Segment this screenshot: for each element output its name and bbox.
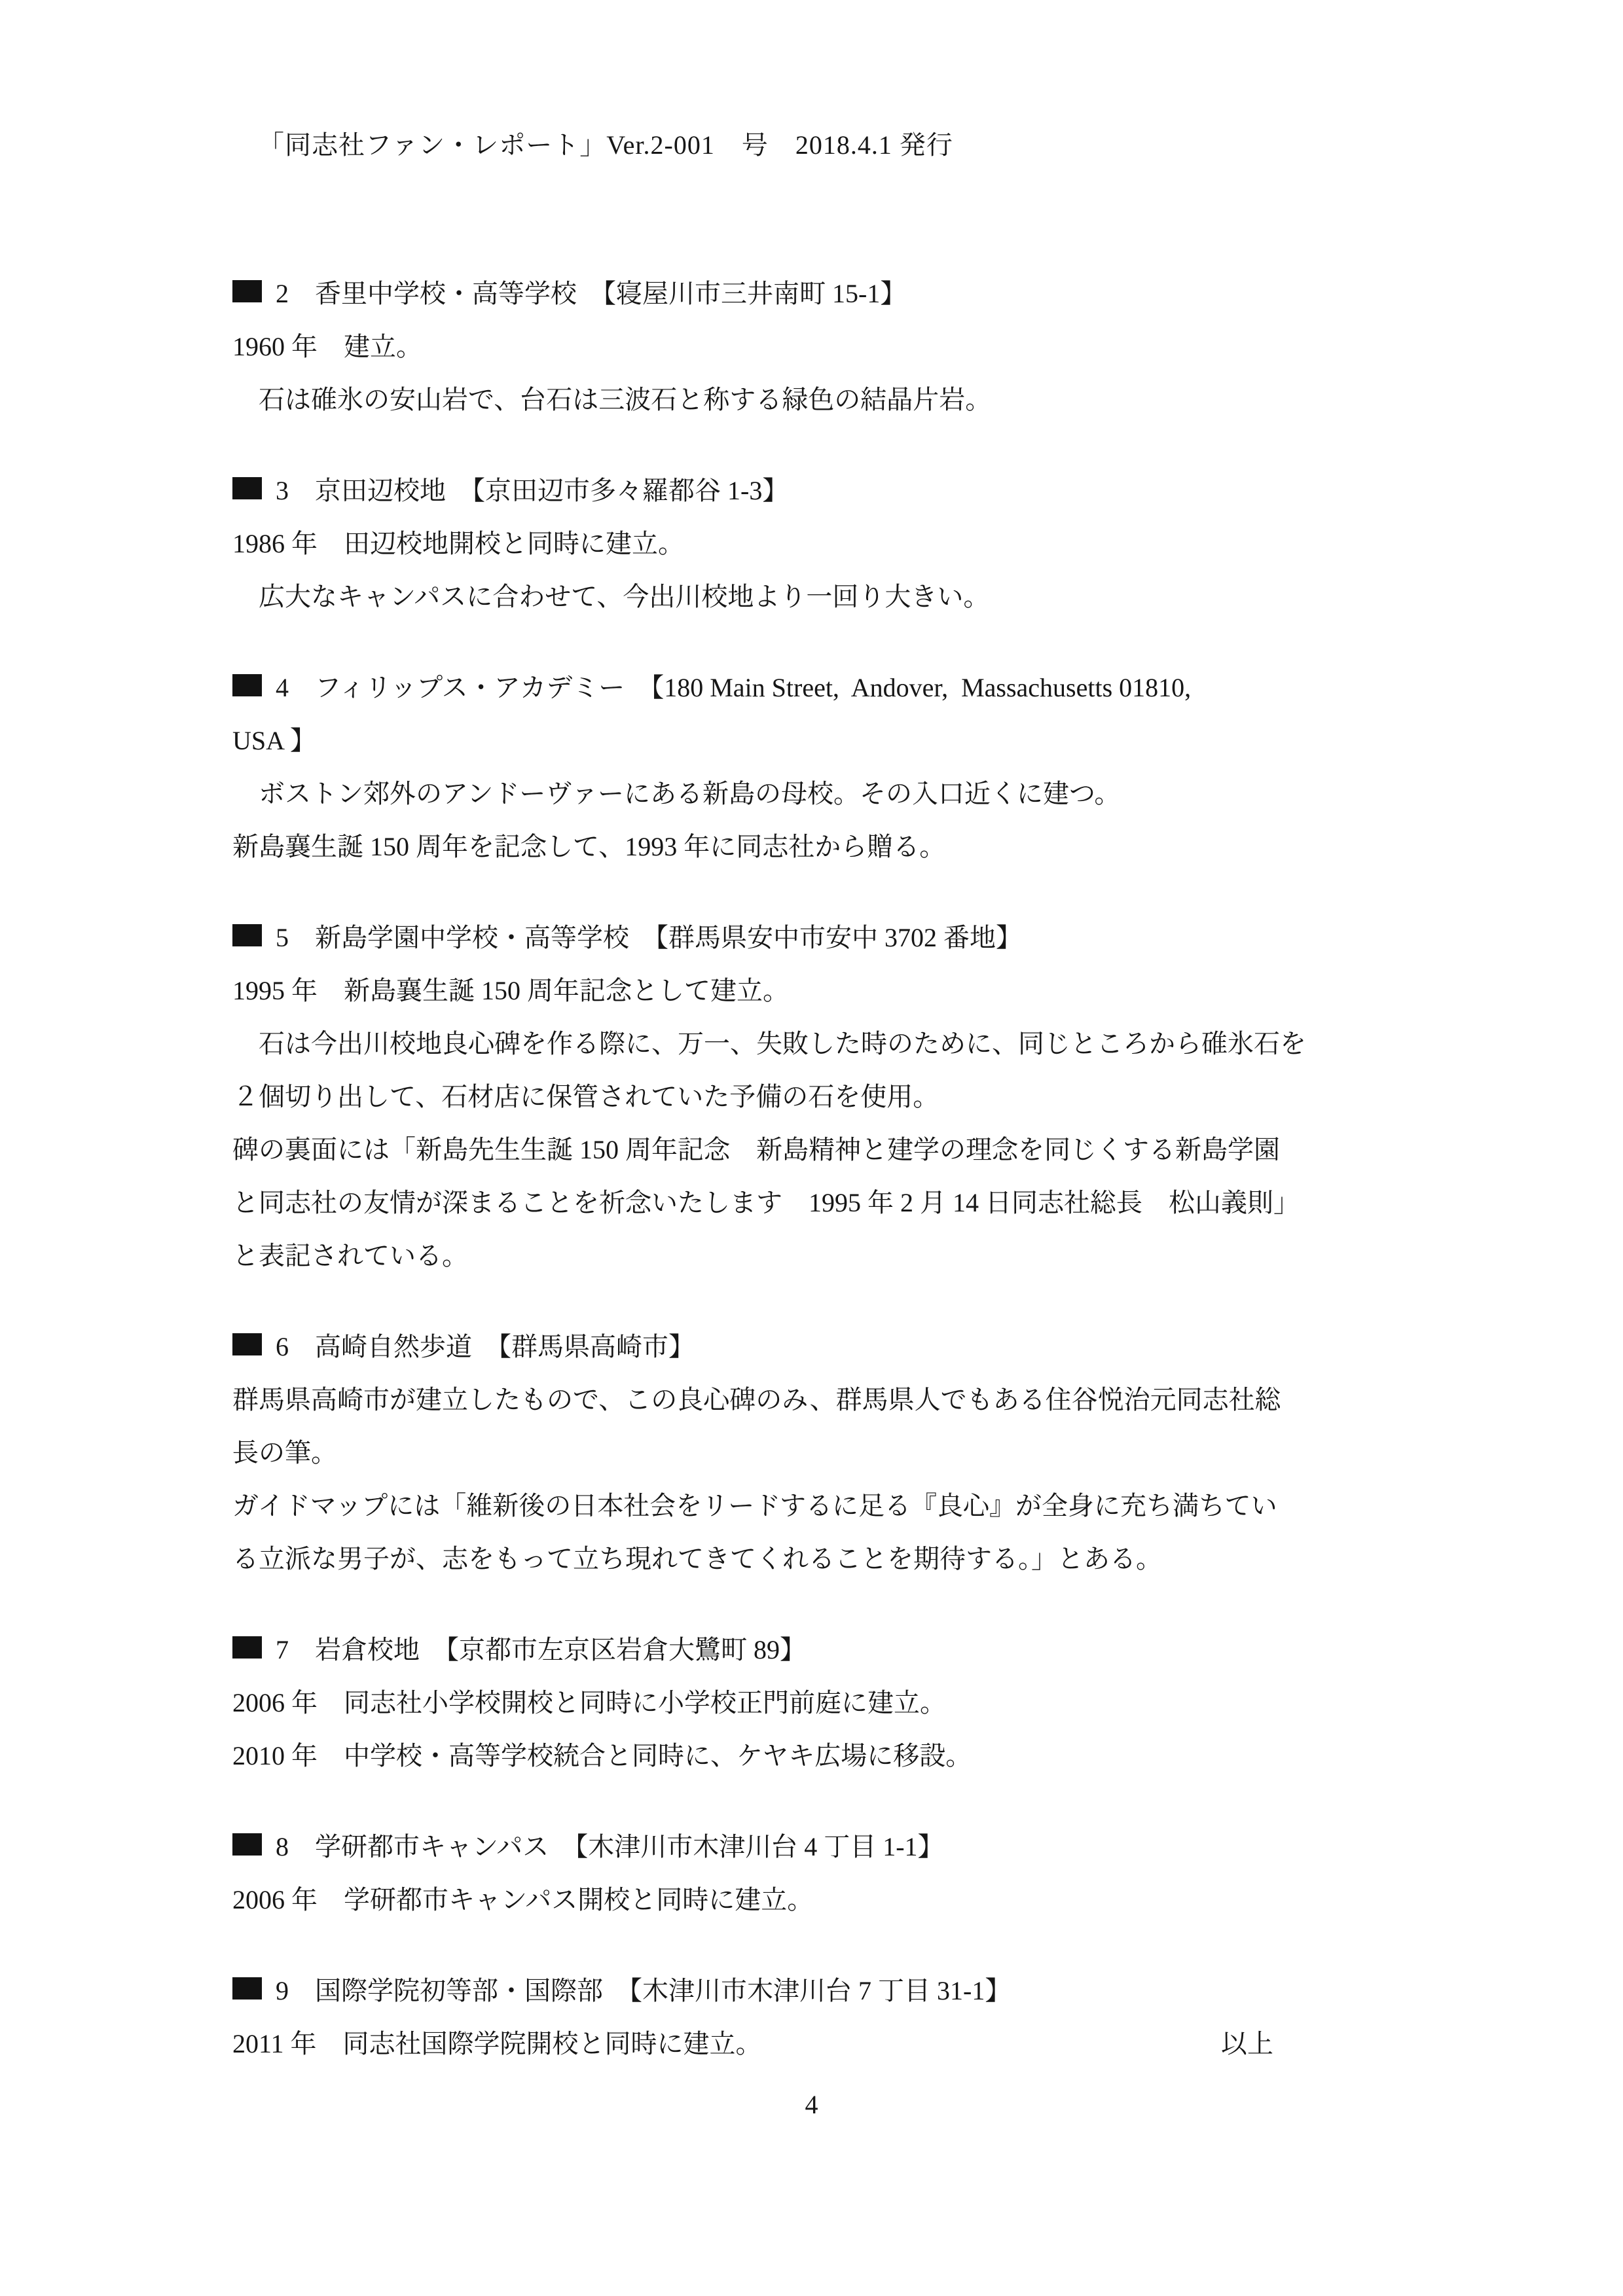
- section-text-line: 群馬県高崎市が建立したもので、この良心碑のみ、群馬県人でもある住谷悦治元同志社総: [232, 1373, 1424, 1426]
- section-heading: 3 京田辺校地 【京田辺市多々羅都谷 1-3】: [232, 464, 1424, 517]
- section-6: 6 高崎自然歩道 【群馬県高崎市】 群馬県高崎市が建立したもので、この良心碑のみ…: [232, 1320, 1424, 1585]
- section-heading-continuation: USA 】: [232, 714, 1424, 767]
- section-7: 7 岩倉校地 【京都市左京区岩倉大鷺町 89】 2006 年 同志社小学校開校と…: [232, 1623, 1424, 1782]
- section-heading: 7 岩倉校地 【京都市左京区岩倉大鷺町 89】: [232, 1623, 1424, 1676]
- section-heading-text: 5 新島学園中学校・高等学校 【群馬県安中市安中 3702 番地】: [276, 923, 1022, 952]
- section-heading: 4 フィリップス・アカデミー 【180 Main Street, Andover…: [232, 661, 1424, 714]
- section-text: 2011 年 同志社国際学院開校と同時に建立。: [232, 2029, 762, 2058]
- section-heading-text: 7 岩倉校地 【京都市左京区岩倉大鷺町 89】: [276, 1635, 806, 1664]
- section-bullet-icon: [232, 674, 262, 696]
- section-text-line: と同志社の友情が深まることを祈念いたします 1995 年 2 月 14 日同志社…: [232, 1176, 1424, 1229]
- section-text-line: 2011 年 同志社国際学院開校と同時に建立。以上: [232, 2017, 1424, 2070]
- section-bullet-icon: [232, 1333, 262, 1355]
- closing-mark: 以上: [1221, 2017, 1273, 2070]
- section-bullet-icon: [232, 1833, 262, 1856]
- section-text-line: 2006 年 同志社小学校開校と同時に小学校正門前庭に建立。: [232, 1676, 1424, 1729]
- section-text-line: 2010 年 中学校・高等学校統合と同時に、ケヤキ広場に移設。: [232, 1729, 1424, 1782]
- document-header: 「同志社ファン・レポート」Ver.2-001 号 2018.4.1 発行: [258, 126, 953, 165]
- section-4: 4 フィリップス・アカデミー 【180 Main Street, Andover…: [232, 661, 1424, 873]
- section-bullet-icon: [232, 280, 262, 302]
- document-page: 「同志社ファン・レポート」Ver.2-001 号 2018.4.1 発行 2 香…: [0, 0, 1623, 2296]
- section-text-line: ボストン郊外のアンドーヴァーにある新島の母校。その入口近くに建つ。: [232, 767, 1424, 820]
- section-8: 8 学研都市キャンパス 【木津川市木津川台 4 丁目 1-1】 2006 年 学…: [232, 1820, 1424, 1926]
- section-heading-text: 8 学研都市キャンパス 【木津川市木津川台 4 丁目 1-1】: [276, 1832, 944, 1861]
- section-text-line: 1995 年 新島襄生誕 150 周年記念として建立。: [232, 964, 1424, 1017]
- section-text-line: 碑の裏面には「新島先生生誕 150 周年記念 新島精神と建学の理念を同じくする新…: [232, 1123, 1424, 1176]
- document-body: 2 香里中学校・高等学校 【寝屋川市三井南町 15-1】 1960 年 建立。 …: [232, 267, 1424, 2108]
- section-text-line: 新島襄生誕 150 周年を記念して、1993 年に同志社から贈る。: [232, 820, 1424, 873]
- section-text-line: ガイドマップには「維新後の日本社会をリードするに足る『良心』が全身に充ち満ちてい: [232, 1479, 1424, 1532]
- section-text-line: る立派な男子が、志をもって立ち現れてきてくれることを期待する。」とある。: [232, 1532, 1424, 1585]
- section-heading-text: 2 香里中学校・高等学校 【寝屋川市三井南町 15-1】: [276, 279, 906, 308]
- section-heading-text: 3 京田辺校地 【京田辺市多々羅都谷 1-3】: [276, 476, 788, 505]
- section-heading-text: 9 国際学院初等部・国際部 【木津川市木津川台 7 丁目 31-1】: [276, 1976, 1011, 2005]
- section-heading: 9 国際学院初等部・国際部 【木津川市木津川台 7 丁目 31-1】: [232, 1964, 1424, 2017]
- section-bullet-icon: [232, 1977, 262, 2000]
- section-3: 3 京田辺校地 【京田辺市多々羅都谷 1-3】 1986 年 田辺校地開校と同時…: [232, 464, 1424, 623]
- section-text-line: 1986 年 田辺校地開校と同時に建立。: [232, 517, 1424, 570]
- section-bullet-icon: [232, 924, 262, 946]
- section-heading: 8 学研都市キャンパス 【木津川市木津川台 4 丁目 1-1】: [232, 1820, 1424, 1873]
- section-2: 2 香里中学校・高等学校 【寝屋川市三井南町 15-1】 1960 年 建立。 …: [232, 267, 1424, 426]
- section-heading-text: 4 フィリップス・アカデミー 【180 Main Street, Andover…: [276, 673, 1191, 702]
- section-heading-text: 6 高崎自然歩道 【群馬県高崎市】: [276, 1332, 695, 1361]
- section-heading: 2 香里中学校・高等学校 【寝屋川市三井南町 15-1】: [232, 267, 1424, 320]
- section-bullet-icon: [232, 477, 262, 499]
- page-number: 4: [0, 2089, 1623, 2120]
- section-text-line: 2006 年 学研都市キャンパス開校と同時に建立。: [232, 1873, 1424, 1926]
- section-text-line: 1960 年 建立。: [232, 320, 1424, 373]
- section-heading: 5 新島学園中学校・高等学校 【群馬県安中市安中 3702 番地】: [232, 911, 1424, 964]
- section-text-line: と表記されている。: [232, 1229, 1424, 1282]
- section-9: 9 国際学院初等部・国際部 【木津川市木津川台 7 丁目 31-1】 2011 …: [232, 1964, 1424, 2070]
- section-text-line: 石は碓氷の安山岩で、台石は三波石と称する緑色の結晶片岩。: [232, 373, 1424, 426]
- section-text-line: 広大なキャンパスに合わせて、今出川校地より一回り大きい。: [232, 570, 1424, 623]
- section-bullet-icon: [232, 1636, 262, 1659]
- section-heading: 6 高崎自然歩道 【群馬県高崎市】: [232, 1320, 1424, 1373]
- section-5: 5 新島学園中学校・高等学校 【群馬県安中市安中 3702 番地】 1995 年…: [232, 911, 1424, 1282]
- section-text-line: ２個切り出して、石材店に保管されていた予備の石を使用。: [232, 1070, 1424, 1123]
- section-text-line: 石は今出川校地良心碑を作る際に、万一、失敗した時のために、同じところから碓氷石を: [232, 1017, 1424, 1070]
- section-text-line: 長の筆。: [232, 1426, 1424, 1479]
